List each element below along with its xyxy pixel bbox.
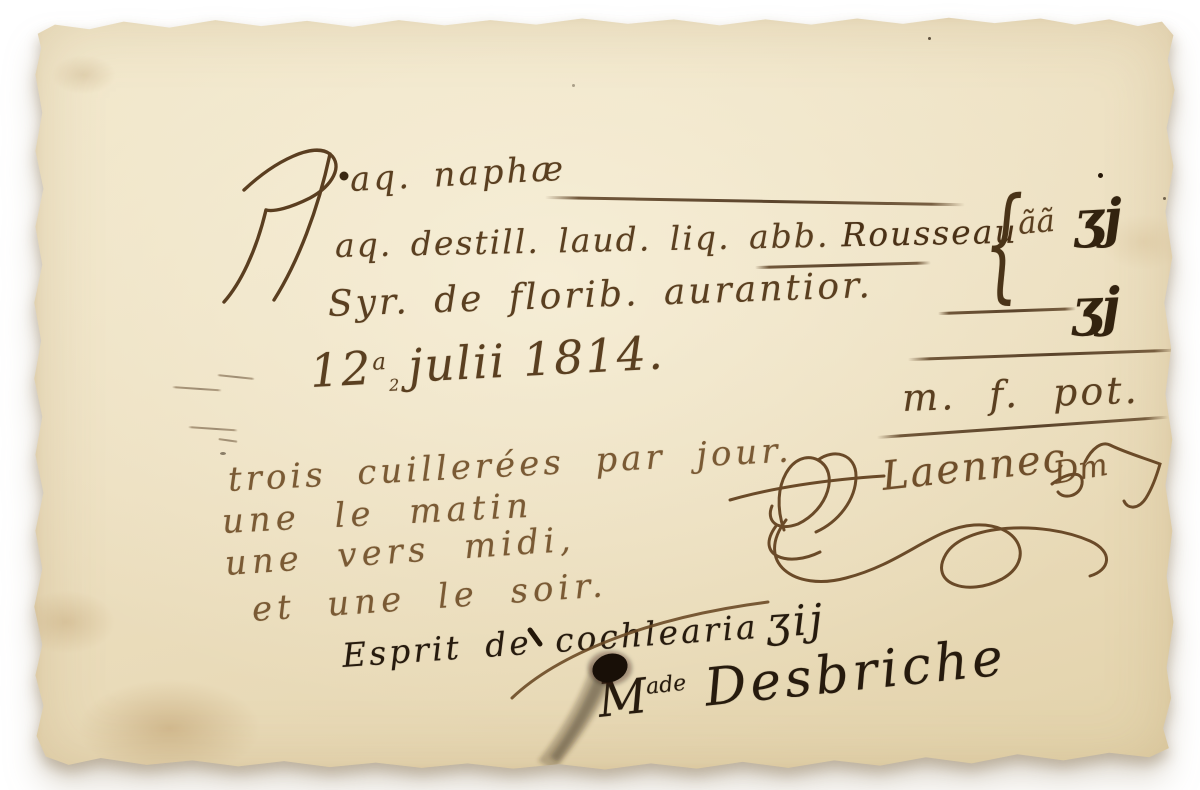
rx-symbol-glyph xyxy=(224,150,336,302)
signature-paraph-underflourish xyxy=(775,520,1107,587)
stray-pen-stroke xyxy=(512,602,768,698)
handwriting-strokes xyxy=(32,14,1178,774)
paper-sheet: ℞. aq. naphæ aq. destill. laud. liq. abb… xyxy=(32,14,1178,774)
manuscript-paper: ℞. aq. naphæ aq. destill. laud. liq. abb… xyxy=(32,14,1178,774)
signature-monogram xyxy=(730,454,884,559)
accent-mark xyxy=(530,630,540,644)
rx-period-dot xyxy=(340,172,349,181)
photo-background: ℞. aq. naphæ aq. destill. laud. liq. abb… xyxy=(0,0,1200,790)
signature-terminal-flourish xyxy=(1052,444,1160,507)
